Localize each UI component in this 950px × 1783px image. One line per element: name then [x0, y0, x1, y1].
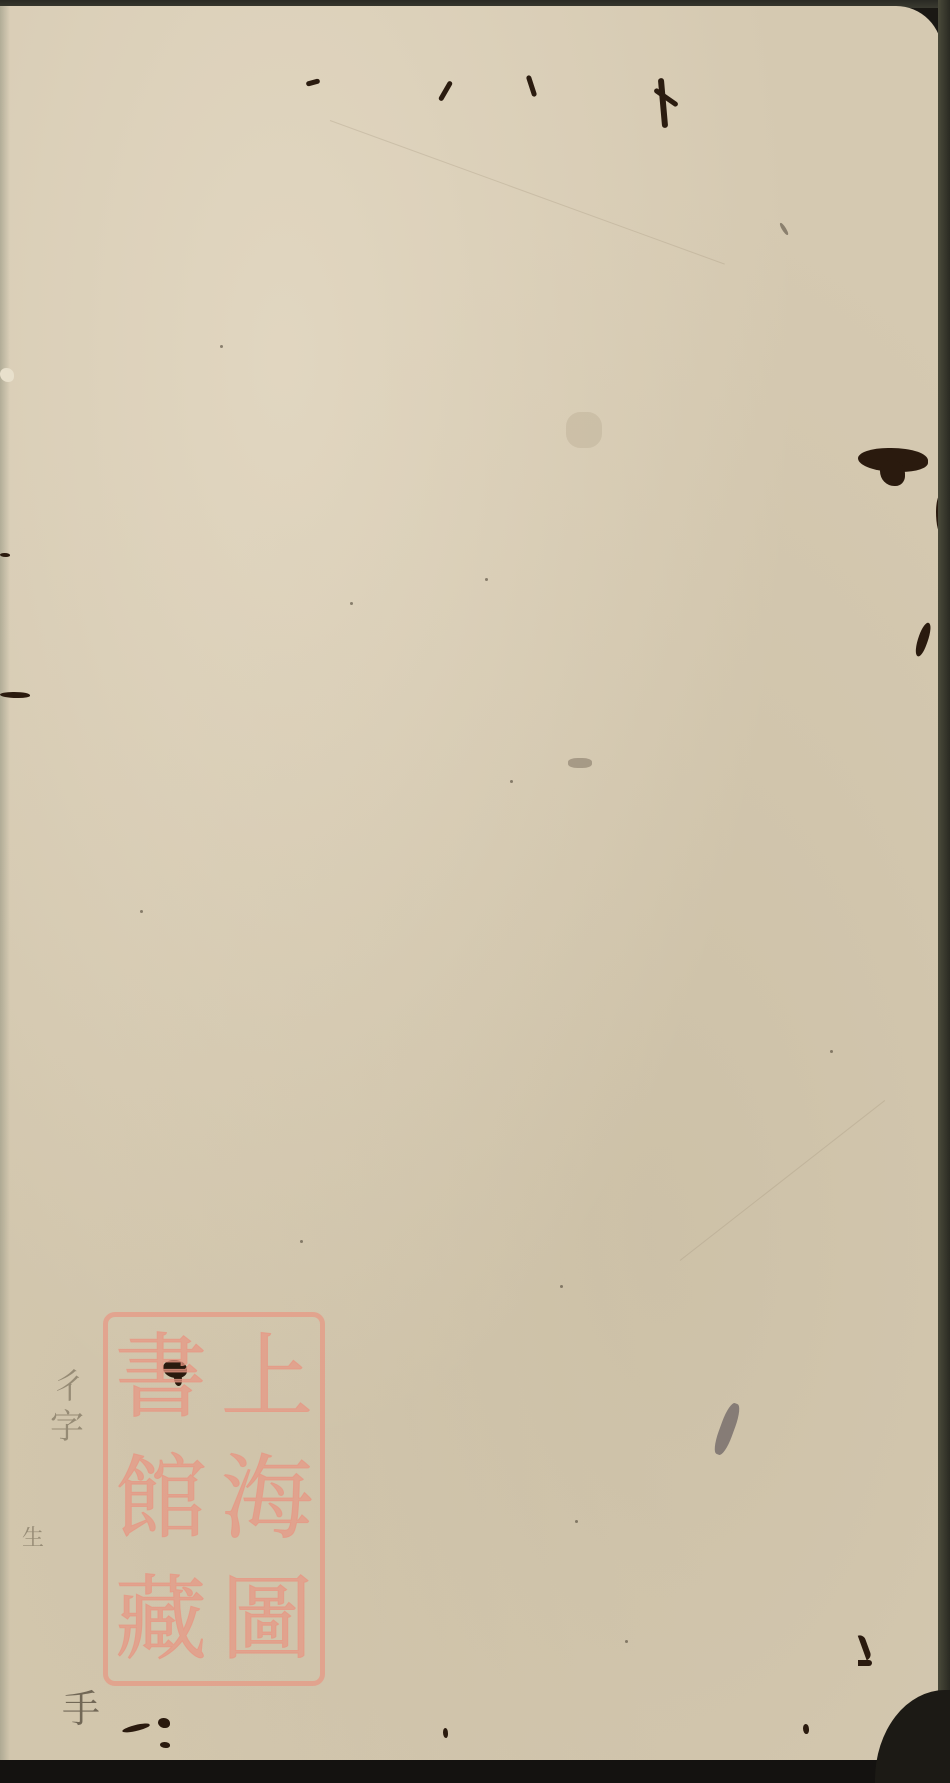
- bleed-through-character: 手: [62, 1690, 100, 1728]
- paper-speck: [575, 1520, 578, 1523]
- wormhole-blot: [858, 1660, 872, 1666]
- bleed-through-character: 字: [50, 1410, 84, 1444]
- paper-speck: [350, 602, 353, 605]
- wormhole-blot: [158, 1718, 170, 1728]
- paper-stain: [568, 758, 592, 768]
- bleed-through-character: 生: [22, 1528, 44, 1550]
- seal-character: 海: [221, 1453, 313, 1545]
- paper-speck: [560, 1285, 563, 1288]
- paper-speck: [830, 1050, 833, 1053]
- paper-speck: [625, 1640, 628, 1643]
- seal-character: 圖: [221, 1574, 313, 1666]
- library-seal: 上 海 圖 書 館 藏: [103, 1312, 325, 1686]
- wormhole-blot: [443, 1728, 448, 1738]
- paper-speck: [220, 345, 223, 348]
- scan-bottom-border: [0, 1760, 950, 1783]
- wormhole-blot: [160, 1742, 170, 1748]
- paper-speck: [300, 1240, 303, 1243]
- wormhole-blot: [0, 553, 10, 557]
- paper-speck: [485, 578, 488, 581]
- seal-character: 藏: [115, 1574, 207, 1666]
- scan-right-border: [938, 0, 950, 1783]
- wormhole-blot: [880, 460, 905, 486]
- bleed-through-character: 彳: [52, 1370, 86, 1404]
- seal-character: 書: [115, 1332, 207, 1424]
- seal-character: 館: [115, 1453, 207, 1545]
- wormhole-blot: [0, 368, 14, 382]
- seal-left-column: 書 館 藏: [108, 1317, 214, 1681]
- wormhole-blot: [803, 1724, 809, 1734]
- paper-stain: [566, 412, 602, 448]
- page-left-binding-shade: [0, 6, 10, 1761]
- paper-speck: [510, 780, 513, 783]
- seal-character: 上: [221, 1332, 313, 1424]
- seal-right-column: 上 海 圖: [214, 1317, 320, 1681]
- paper-speck: [140, 910, 143, 913]
